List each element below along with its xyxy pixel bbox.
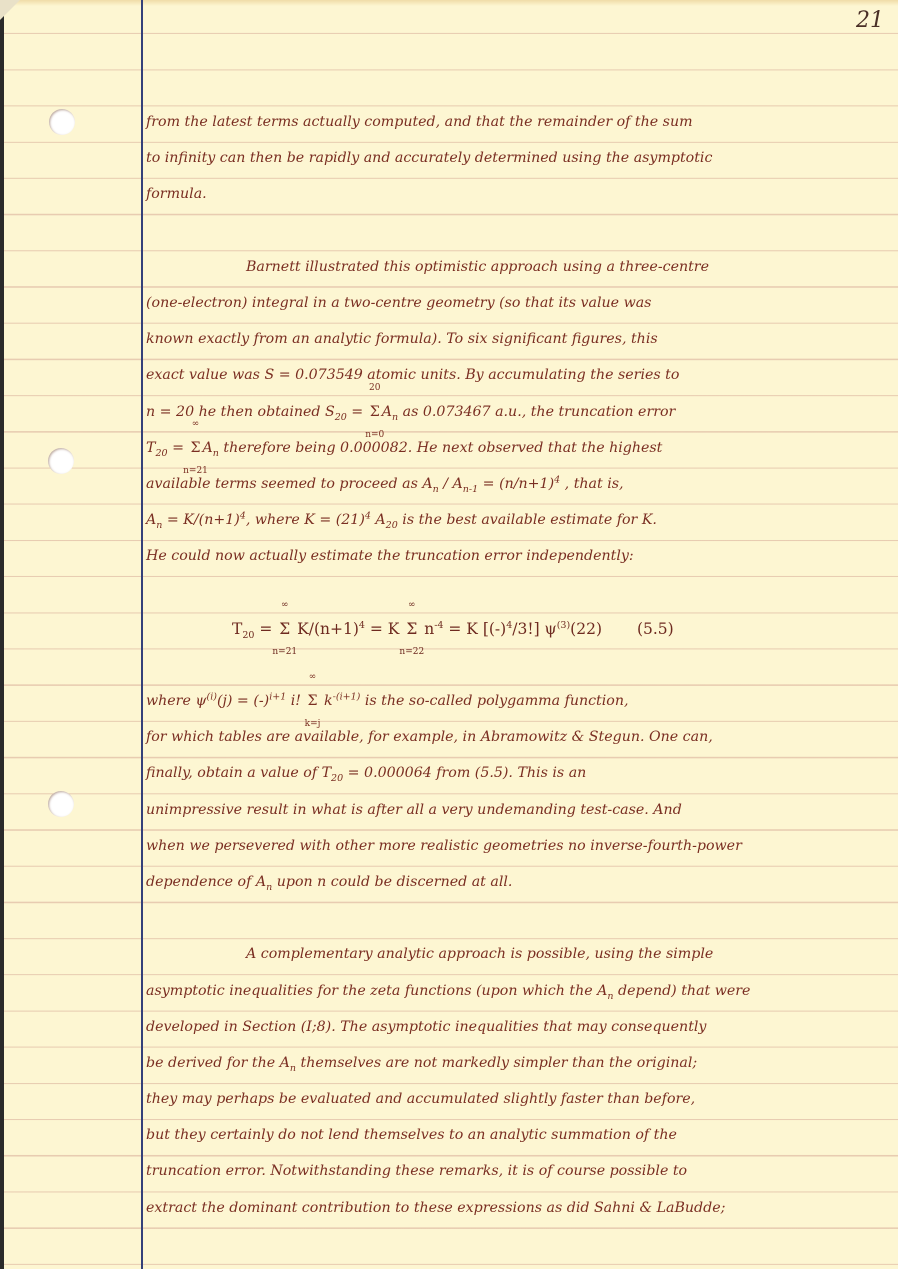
sigma-symbol: Σ bbox=[370, 404, 380, 420]
sigma-symbol: Σ bbox=[308, 693, 318, 709]
summation: ∞Σn=21 bbox=[188, 430, 202, 466]
sum-upper-limit: ∞ bbox=[281, 601, 289, 610]
text-fragment: i! bbox=[286, 693, 305, 709]
text-line: unimpressive result in what is after all… bbox=[146, 792, 886, 828]
subscript: n-1 bbox=[463, 484, 478, 495]
text-fragment: T bbox=[232, 620, 242, 638]
text-fragment: = bbox=[347, 404, 368, 420]
summation: ∞Σk=j bbox=[306, 683, 320, 719]
margin-line bbox=[141, 0, 143, 1269]
text-fragment: available terms seemed to proceed as A bbox=[146, 476, 433, 492]
text-line: truncation error. Notwithstanding these … bbox=[146, 1153, 886, 1189]
sum-lower-limit: n=21 bbox=[272, 648, 297, 657]
subscript: 20 bbox=[242, 630, 254, 641]
page-top-edge bbox=[0, 0, 898, 6]
text-fragment: A bbox=[371, 512, 386, 528]
text-line: known exactly from an analytic formula).… bbox=[146, 321, 886, 357]
paragraph-gap bbox=[146, 574, 886, 610]
text-line: where ψ(i)(j) = (-)i+1 i! ∞Σk=j k-(i+1) … bbox=[146, 683, 886, 719]
summation: ∞Σn=21 bbox=[277, 611, 292, 647]
text-line: extract the dominant contribution to the… bbox=[146, 1190, 886, 1226]
summation: 20Σn=0 bbox=[368, 394, 382, 430]
notebook-page: 21 from the latest terms actually comput… bbox=[0, 0, 898, 1269]
text-fragment: dependence of A bbox=[146, 874, 266, 890]
text-fragment: = K [(-) bbox=[443, 620, 506, 638]
page-left-edge bbox=[0, 0, 4, 1269]
text-fragment: upon n could be discerned at all. bbox=[272, 874, 512, 890]
text-fragment: is the so-called polygamma function, bbox=[360, 693, 628, 709]
text-fragment: (j) = (-) bbox=[217, 693, 269, 709]
text-fragment: is the best available estimate for K. bbox=[398, 512, 657, 528]
text-fragment: k bbox=[320, 693, 333, 709]
superscript: (3) bbox=[557, 619, 570, 630]
punch-hole bbox=[48, 448, 74, 474]
text-fragment: where ψ bbox=[146, 693, 207, 709]
text-line: developed in Section (I;8). The asymptot… bbox=[146, 1009, 886, 1045]
text-line: Barnett illustrated this optimistic appr… bbox=[146, 249, 886, 285]
text-fragment: , where K = (21) bbox=[246, 512, 365, 528]
text-line: exact value was S = 0.073549 atomic unit… bbox=[146, 357, 886, 393]
folded-corner bbox=[0, 0, 20, 20]
text-fragment: = K/(n+1) bbox=[162, 512, 239, 528]
text-line: be derived for the An themselves are not… bbox=[146, 1045, 886, 1081]
text-line: An = K/(n+1)4, where K = (21)4 A20 is th… bbox=[146, 502, 886, 538]
handwritten-text: from the latest terms actually computed,… bbox=[146, 104, 886, 1226]
sum-lower-limit: n=22 bbox=[399, 648, 424, 657]
sum-upper-limit: ∞ bbox=[309, 673, 317, 682]
superscript: -(i+1) bbox=[333, 691, 361, 702]
text-line: but they certainly do not lend themselve… bbox=[146, 1117, 886, 1153]
text-fragment: depend) that were bbox=[614, 983, 751, 999]
text-line: for which tables are available, for exam… bbox=[146, 719, 886, 755]
text-fragment: /3!] ψ bbox=[512, 620, 556, 638]
text-fragment: n = 20 he then obtained S bbox=[146, 404, 335, 420]
text-fragment: A bbox=[382, 404, 392, 420]
text-fragment: = K bbox=[365, 620, 404, 638]
text-line: He could now actually estimate the trunc… bbox=[146, 538, 886, 574]
page-number: 21 bbox=[856, 8, 884, 33]
text-line: when we persevered with other more reali… bbox=[146, 828, 886, 864]
subscript: 20 bbox=[386, 520, 398, 531]
paragraph-gap bbox=[146, 213, 886, 249]
text-fragment: = bbox=[254, 620, 277, 638]
text-line: they may perhaps be evaluated and accumu… bbox=[146, 1081, 886, 1117]
text-line: dependence of An upon n could be discern… bbox=[146, 864, 886, 900]
text-line: from the latest terms actually computed,… bbox=[146, 104, 886, 140]
text-fragment: = (n/n+1) bbox=[478, 476, 554, 492]
paragraph-gap bbox=[146, 900, 886, 936]
text-fragment: asymptotic inequalities for the zeta fun… bbox=[146, 983, 607, 999]
equation-5-5: T20 = ∞Σn=21 K/(n+1)4 = K ∞Σn=22 n-4 = K… bbox=[146, 611, 886, 647]
punch-hole bbox=[48, 791, 74, 817]
text-fragment: K/(n+1) bbox=[292, 620, 359, 638]
subscript: 20 bbox=[155, 448, 167, 459]
subscript: 20 bbox=[331, 773, 343, 784]
punch-hole bbox=[49, 109, 75, 135]
subscript: 20 bbox=[335, 411, 347, 422]
superscript: (i) bbox=[207, 691, 217, 702]
text-line: available terms seemed to proceed as An … bbox=[146, 466, 886, 502]
text-fragment: / A bbox=[439, 476, 463, 492]
sum-upper-limit: ∞ bbox=[192, 420, 200, 429]
text-line: to infinity can then be rapidly and accu… bbox=[146, 140, 886, 176]
text-fragment: themselves are not markedly simpler than… bbox=[296, 1055, 697, 1071]
text-fragment: as 0.073467 a.u., the truncation error bbox=[398, 404, 675, 420]
text-fragment: A bbox=[146, 512, 156, 528]
text-line: (one-electron) integral in a two-centre … bbox=[146, 285, 886, 321]
text-line: formula. bbox=[146, 176, 886, 212]
sigma-symbol: Σ bbox=[279, 620, 290, 638]
text-fragment: (22) bbox=[570, 620, 602, 638]
text-line: T20 = ∞Σn=21An therefore being 0.000082.… bbox=[146, 430, 886, 466]
sigma-symbol: Σ bbox=[406, 620, 417, 638]
text-fragment: A bbox=[203, 440, 213, 456]
text-line: asymptotic inequalities for the zeta fun… bbox=[146, 973, 886, 1009]
text-fragment: therefore being 0.000082. He next observ… bbox=[219, 440, 663, 456]
equation-label: (5.5) bbox=[637, 620, 674, 638]
sigma-symbol: Σ bbox=[190, 440, 200, 456]
text-fragment: = 0.000064 from (5.5). This is an bbox=[343, 765, 586, 781]
text-fragment: = bbox=[168, 440, 189, 456]
text-fragment: finally, obtain a value of T bbox=[146, 765, 331, 781]
summation: ∞Σn=22 bbox=[404, 611, 419, 647]
text-line: A complementary analytic approach is pos… bbox=[146, 936, 886, 972]
text-fragment: n bbox=[419, 620, 434, 638]
paragraph-gap bbox=[146, 647, 886, 683]
sum-upper-limit: 20 bbox=[369, 384, 380, 393]
text-fragment: be derived for the A bbox=[146, 1055, 290, 1071]
text-line: finally, obtain a value of T20 = 0.00006… bbox=[146, 755, 886, 791]
text-line: n = 20 he then obtained S20 = 20Σn=0An a… bbox=[146, 394, 886, 430]
superscript: i+1 bbox=[269, 691, 286, 702]
sum-upper-limit: ∞ bbox=[408, 601, 416, 610]
text-fragment: , that is, bbox=[560, 476, 623, 492]
